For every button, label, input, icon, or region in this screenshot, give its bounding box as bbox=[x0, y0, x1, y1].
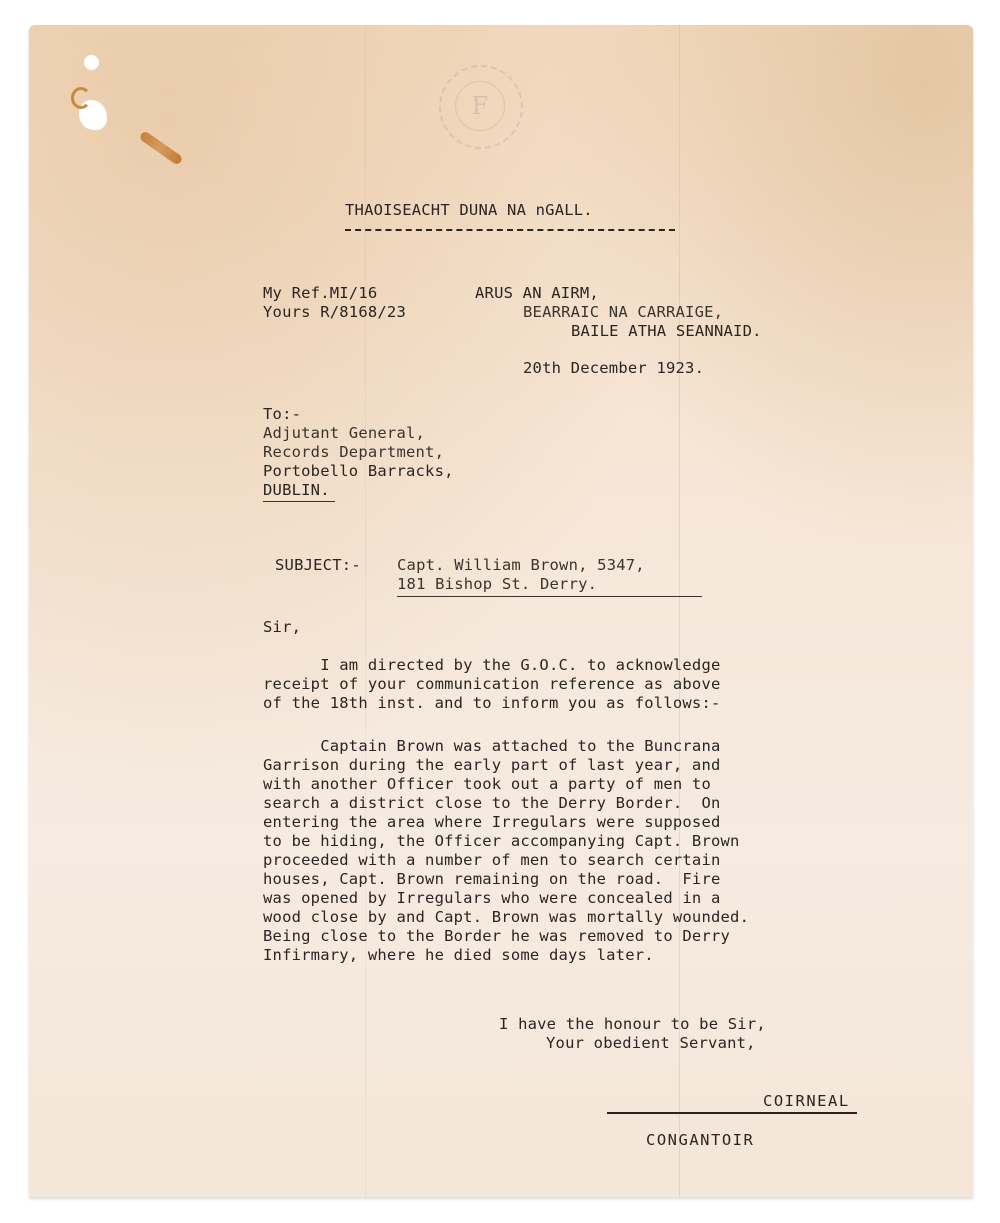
paragraph-line: Captain Brown was attached to the Buncra… bbox=[263, 737, 721, 757]
seal-monogram-icon: F bbox=[455, 81, 505, 131]
my-reference: My Ref.MI/16 bbox=[263, 284, 377, 304]
signature-rank: COIRNEAL bbox=[763, 1092, 850, 1112]
recipient-line-1: Adjutant General, bbox=[263, 424, 425, 444]
paragraph-line: receipt of your communication reference … bbox=[263, 675, 721, 695]
closing-line-1: I have the honour to be Sir, bbox=[499, 1015, 766, 1035]
punch-hole bbox=[84, 55, 99, 70]
paragraph-line: entering the area where Irregulars were … bbox=[263, 813, 721, 833]
letter-heading: THAOISEACHT DUNA NA nGALL. bbox=[345, 201, 593, 221]
signature-title: CONGANTOIR bbox=[646, 1131, 754, 1151]
subject-line-1: Capt. William Brown, 5347, bbox=[397, 556, 645, 576]
letter-date: 20th December 1923. bbox=[523, 359, 704, 379]
paragraph-line: Garrison during the early part of last y… bbox=[263, 756, 721, 776]
your-reference: Yours R/8168/23 bbox=[263, 303, 406, 323]
embossed-seal-icon: F bbox=[439, 65, 523, 149]
paragraph-line: search a district close to the Derry Bor… bbox=[263, 794, 721, 814]
subject-line-2: 181 Bishop St. Derry. bbox=[397, 575, 597, 595]
subject-underline bbox=[397, 596, 702, 597]
paragraph-line: was opened by Irregulars who were concea… bbox=[263, 889, 721, 909]
paragraph-line: Infirmary, where he died some days later… bbox=[263, 946, 654, 966]
paragraph-line: proceeded with a number of men to search… bbox=[263, 851, 721, 871]
heading-dashed-underline bbox=[345, 229, 675, 231]
closing-line-2: Your obedient Servant, bbox=[546, 1034, 756, 1054]
subject-label: SUBJECT:- bbox=[275, 556, 361, 576]
recipient-line-3: Portobello Barracks, bbox=[263, 462, 454, 482]
paragraph-line: of the 18th inst. and to inform you as f… bbox=[263, 694, 721, 714]
letter-paper: F THAOISEACHT DUNA NA nGALL. My Ref.MI/1… bbox=[29, 25, 973, 1197]
address-line-2: BEARRAIC NA CARRAIGE, bbox=[523, 303, 723, 323]
paragraph-line: with another Officer took out a party of… bbox=[263, 775, 711, 795]
address-line-3: BAILE ATHA SEANNAID. bbox=[571, 322, 762, 342]
paragraph-line: houses, Capt. Brown remaining on the roa… bbox=[263, 870, 721, 890]
salutation: Sir, bbox=[263, 618, 301, 638]
paragraph-line: to be hiding, the Officer accompanying C… bbox=[263, 832, 740, 852]
recipient-line-2: Records Department, bbox=[263, 443, 444, 463]
address-line-1: ARUS AN AIRM, bbox=[475, 284, 599, 304]
rust-stain bbox=[138, 130, 183, 166]
recipient-label: To:- bbox=[263, 405, 301, 425]
signature-line bbox=[607, 1112, 857, 1114]
paragraph-line: Being close to the Border he was removed… bbox=[263, 927, 730, 947]
paragraph-line: I am directed by the G.O.C. to acknowled… bbox=[263, 656, 721, 676]
city-underline bbox=[263, 501, 335, 502]
rust-stain bbox=[71, 87, 91, 109]
recipient-city: DUBLIN. bbox=[263, 481, 330, 501]
paragraph-line: wood close by and Capt. Brown was mortal… bbox=[263, 908, 749, 928]
